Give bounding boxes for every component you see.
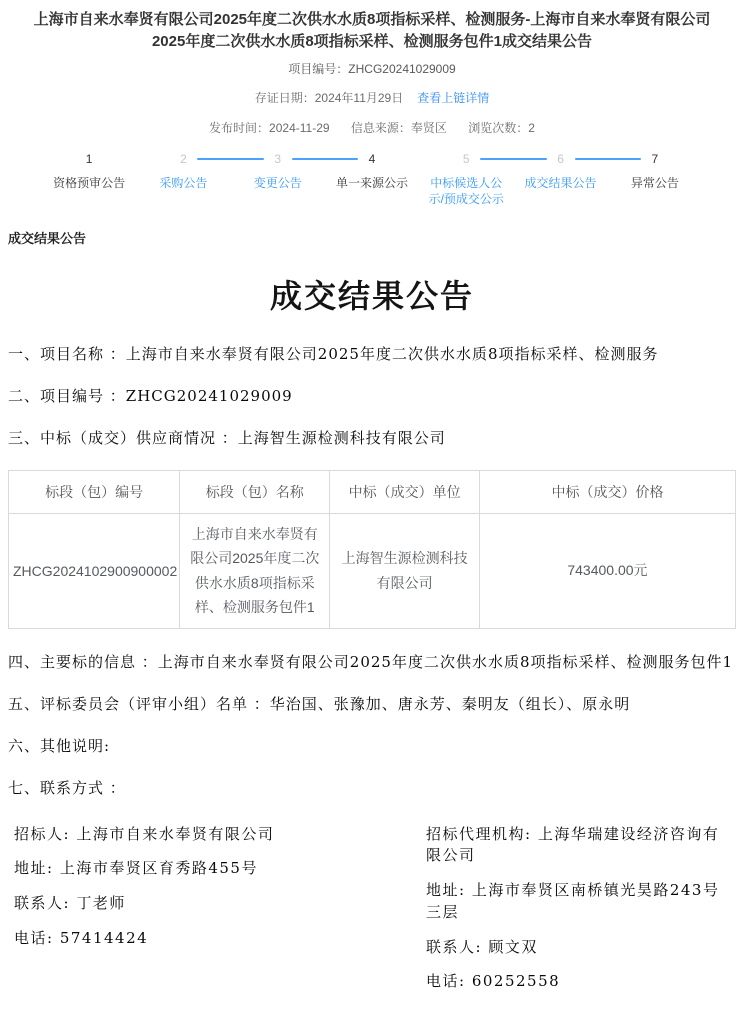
tenderer-contact-column: 招标人: 上海市自来水奉贤有限公司 地址: 上海市奉贤区育秀路455号 联系人:…	[14, 824, 412, 1007]
contact-columns: 招标人: 上海市自来水奉贤有限公司 地址: 上海市奉贤区育秀路455号 联系人:…	[14, 824, 734, 1007]
col-header-package-name: 标段（包）名称	[180, 470, 330, 513]
views-label: 浏览次数：	[468, 121, 528, 135]
step-item-single-source: 4 单一来源公示	[325, 153, 419, 207]
step-number: 1	[42, 153, 136, 165]
agency-name-line: 招标代理机构: 上海华瑞建设经济咨询有限公司	[426, 824, 734, 868]
table-header-row: 标段（包）编号 标段（包）名称 中标（成交）单位 中标（成交）价格	[9, 470, 736, 513]
col-header-winning-price: 中标（成交）价格	[479, 470, 735, 513]
table-row: ZHCG2024102900900002 上海市自来水奉贤有限公司2025年度二…	[9, 513, 736, 628]
section-other-notes: 六、其他说明:	[8, 725, 736, 767]
section-contact-info: 七、联系方式 ：	[8, 767, 736, 809]
tenderer-contact-person-line: 联系人: 丁老师	[14, 893, 412, 915]
source-value: 奉贤区	[411, 121, 447, 135]
announcement-heading: 成交结果公告	[0, 271, 744, 317]
section-project-number: 二、项目编号 ：ZHCG20241029009	[8, 375, 736, 417]
step-label[interactable]: 中标候选人公示/预成交公示	[419, 175, 513, 207]
announcement-body: 一、项目名称 ：上海市自来水奉贤有限公司2025年度二次供水水质8项指标采样、检…	[0, 333, 744, 460]
page-title: 上海市自来水奉贤有限公司2025年度二次供水水质8项指标采样、检测服务-上海市自…	[0, 0, 744, 53]
agency-phone-line: 电话: 60252558	[426, 971, 734, 993]
project-number-label: 项目编号：	[288, 62, 348, 76]
announcement-page: 上海市自来水奉贤有限公司2025年度二次供水水质8项指标采样、检测服务-上海市自…	[0, 0, 744, 1020]
announcement-body-lower: 四、主要标的信息 ：上海市自来水奉贤有限公司2025年度二次供水水质8项指标采样…	[0, 635, 744, 810]
step-item-prequalification: 1 资格预审公告	[42, 153, 136, 207]
step-label[interactable]: 采购公告	[136, 175, 230, 191]
step-item-change-notice[interactable]: 3 变更公告	[231, 153, 325, 207]
step-number: 3	[231, 153, 325, 165]
cell-package-name: 上海市自来水奉贤有限公司2025年度二次供水水质8项指标采样、检测服务包件1	[180, 513, 330, 628]
agency-contact-person-line: 联系人: 顾文双	[426, 937, 734, 959]
award-result-table: 标段（包）编号 标段（包）名称 中标（成交）单位 中标（成交）价格 ZHCG20…	[8, 470, 736, 629]
step-number: 4	[325, 153, 419, 165]
project-number-value: ZHCG20241029009	[348, 62, 455, 76]
cell-winning-price: 743400.00元	[479, 513, 735, 628]
section-project-name: 一、项目名称 ：上海市自来水奉贤有限公司2025年度二次供水水质8项指标采样、检…	[8, 333, 736, 375]
source-label: 信息来源：	[351, 121, 411, 135]
step-label[interactable]: 成交结果公告	[513, 175, 607, 191]
tenderer-name-line: 招标人: 上海市自来水奉贤有限公司	[14, 824, 412, 846]
publish-info-row: 发布时间：2024-11-29 信息来源：奉贤区 浏览次数：2	[0, 119, 744, 136]
agency-contact-column: 招标代理机构: 上海华瑞建设经济咨询有限公司 地址: 上海市奉贤区南桥镇光昊路2…	[426, 824, 734, 1007]
cert-date-value: 2024年11月29日	[315, 91, 404, 105]
cert-date-row: 存证日期：2024年11月29日查看上链详情	[0, 89, 744, 106]
col-header-winning-unit: 中标（成交）单位	[330, 470, 480, 513]
cell-package-number: ZHCG2024102900900002	[9, 513, 180, 628]
step-item-abnormal-notice: 7 异常公告	[608, 153, 702, 207]
step-number: 6	[513, 153, 607, 165]
agency-address-line: 地址: 上海市奉贤区南桥镇光昊路243号三层	[426, 880, 734, 924]
section-evaluation-committee: 五、评标委员会（评审小组）名单 ：华治国、张豫加、唐永芳、秦明友（组长）、原永明	[8, 683, 736, 725]
step-label: 单一来源公示	[325, 175, 419, 191]
current-section-label: 成交结果公告	[8, 228, 744, 247]
section-main-subject-info: 四、主要标的信息 ：上海市自来水奉贤有限公司2025年度二次供水水质8项指标采样…	[8, 635, 736, 683]
views-value: 2	[528, 121, 535, 135]
publish-time-value: 2024-11-29	[269, 121, 330, 135]
col-header-package-number: 标段（包）编号	[9, 470, 180, 513]
project-number-row: 项目编号：ZHCG20241029009	[0, 60, 744, 77]
step-number: 5	[419, 153, 513, 165]
step-item-candidate-publicity[interactable]: 5 中标候选人公示/预成交公示	[419, 153, 513, 207]
step-label: 异常公告	[608, 175, 702, 191]
step-item-result-notice[interactable]: 6 成交结果公告	[513, 153, 607, 207]
section-winning-supplier: 三、中标（成交）供应商情况 ：上海智生源检测科技有限公司	[8, 417, 736, 459]
cert-date-label: 存证日期：	[255, 91, 315, 105]
cell-winning-unit: 上海智生源检测科技有限公司	[330, 513, 480, 628]
step-number: 2	[136, 153, 230, 165]
step-number: 7	[608, 153, 702, 165]
step-label: 资格预审公告	[42, 175, 136, 191]
view-chain-details-link[interactable]: 查看上链详情	[417, 91, 489, 105]
tenderer-address-line: 地址: 上海市奉贤区育秀路455号	[14, 858, 412, 880]
step-label[interactable]: 变更公告	[231, 175, 325, 191]
tenderer-phone-line: 电话: 57414424	[14, 928, 412, 950]
publish-time-label: 发布时间：	[209, 121, 269, 135]
step-item-procurement-notice[interactable]: 2 采购公告	[136, 153, 230, 207]
announcement-step-indicator: 1 资格预审公告 2 采购公告 3 变更公告 4 单一来源公示 5 中标候选人公…	[42, 153, 702, 207]
